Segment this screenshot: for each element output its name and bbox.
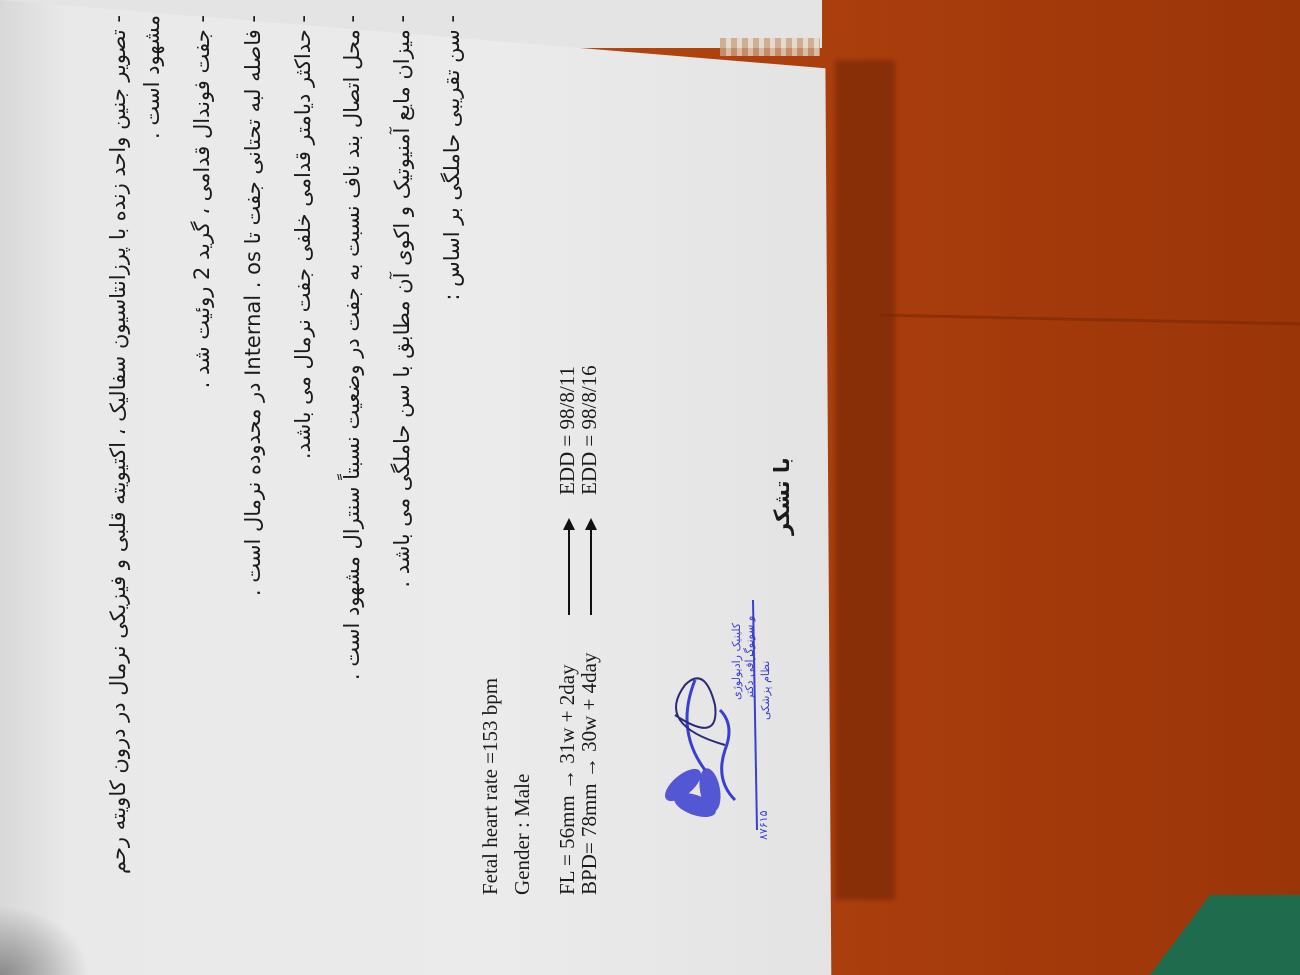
finding-7: - سن تقریبی حاملگی بر اساس : [442,15,463,301]
finger-shadow [0,905,90,975]
wood-seam [880,314,1300,326]
signature-stamp: ۸۷۶۱۵ کلینیک رادیولوژی و سونوگرافی دکتر … [635,590,775,840]
arrow-right-icon [590,520,592,615]
stamp-line1: کلینیک رادیولوژی [730,623,743,700]
finding-3: - فاصله لبه تحتانی جفت تا Internal . os … [243,15,264,596]
report-page: - تصویر جنین واحد زنده با پرزانتاسیون سف… [80,35,820,935]
finding-4: - حداکثر دیامتر قدامی خلفی جفت نرمال می … [293,15,314,459]
finding-2: - جفت فوندال قدامی ، گرید 2 روئیت شد . [192,15,213,388]
finding-6: - میزان مایع آمنیوتیک و اکوی آن مطابق با… [392,15,413,588]
gender: Gender : Male [510,774,535,895]
fetal-heart-rate: Fetal heart rate =153 bpm [478,678,503,895]
finding-1: - تصویر جنین واحد زنده با پرزانتاسیون سف… [108,15,129,874]
paper-shadow [835,60,895,900]
finding-1-cont: مشهود است . [142,15,163,139]
closing-thanks: با تشکر [770,457,794,535]
finding-5: - محل اتصال بند ناف نسبت به جفت در وضعیت… [342,15,363,680]
green-object [1150,895,1300,975]
stamp-line2: و سونوگرافی دکتر [743,616,756,700]
bpd-edd: EDD = 98/8/16 [577,365,602,495]
stamp-line3: نظام پزشکی [759,661,772,720]
bpd-measurement: BPD= 78mm → 30w + 4day [577,653,602,895]
arrow-right-icon [568,520,570,615]
stamp-number: ۸۷۶۱۵ [757,810,770,840]
